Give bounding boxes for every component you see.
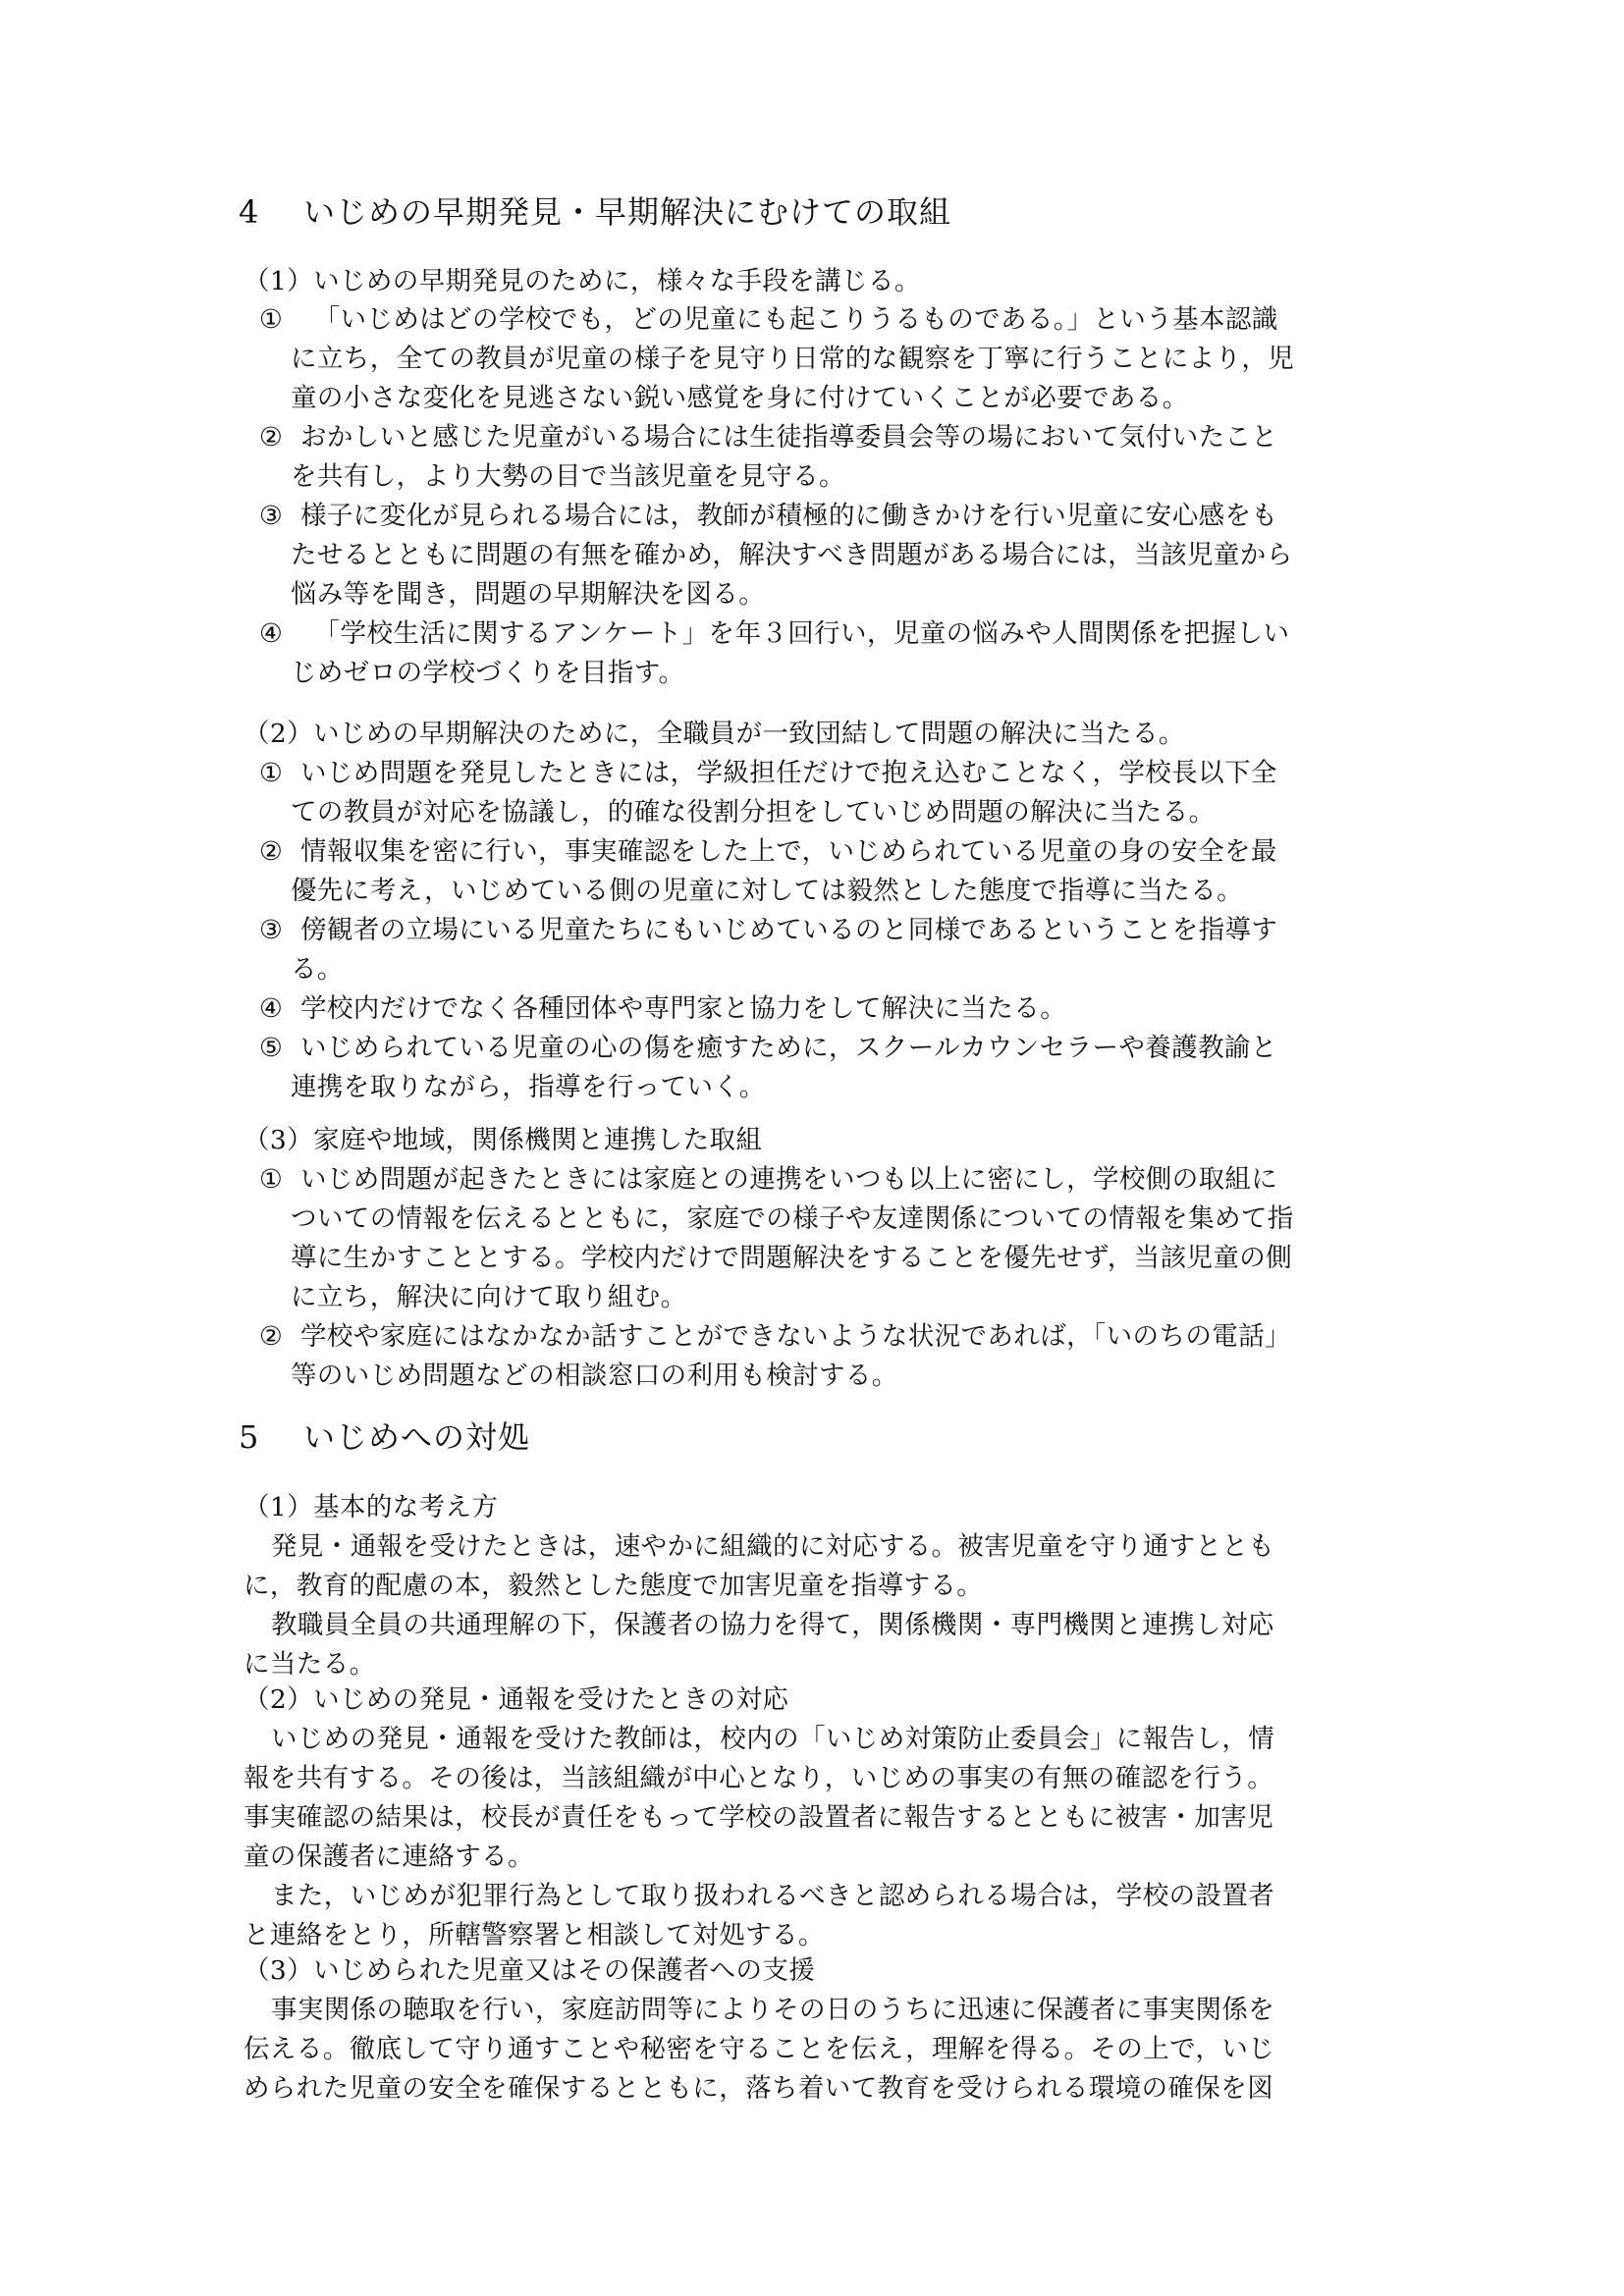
paragraph-line: 事実関係の聴取を行い，家庭訪問等によりその日のうちに迅速に保護者に事実関係を	[271, 1991, 1274, 2030]
list-item: ②学校や家庭にはなかなか話すことができないような状況であれば，「いのちの電話」	[259, 1317, 1291, 1357]
list-item: ③様子に変化が見られる場合には，教師が積極的に働きかけを行い児童に安心感をも	[259, 497, 1277, 536]
subsection-title: 家庭や地域，関係機関と連携した取組	[313, 1125, 762, 1155]
subsection-label: （1）	[244, 266, 313, 296]
item-continuation: 導に生かすこととする。学校内だけで問題解決をすることを優先せず，当該児童の側	[291, 1239, 1292, 1278]
paragraph-line: に当たる。	[244, 1645, 376, 1684]
item-text: 情報収集を密に行い，事実確認をした上で，いじめられている児童の身の安全を最	[300, 836, 1277, 867]
subsection-label: （2）	[244, 1684, 313, 1715]
paragraph-line: と連絡をとり，所轄警察署と相談して対処する。	[244, 1916, 825, 1955]
item-continuation: 悩み等を聞き，問題の早期解決を図る。	[291, 575, 765, 614]
subsection-label: （3）	[244, 1125, 313, 1155]
section-5-heading: 5いじめへの対処	[239, 1417, 530, 1457]
item-continuation: 童の小さな変化を見逃さない鋭い感覚を身に付けていくことが必要である。	[291, 379, 1189, 418]
item-text: いじめ問題が起きたときには家庭との連携をいつも以上に密にし，学校側の取組に	[300, 1164, 1277, 1195]
list-item: ③傍観者の立場にいる児童たちにもいじめているのと同様であるということを指導す	[259, 911, 1277, 950]
paragraph-line: に，教育的配慮の本，毅然とした態度で加害児童を指導する。	[244, 1567, 983, 1606]
item-continuation: る。	[291, 950, 344, 989]
item-marker: ⑤	[259, 1029, 300, 1068]
subsection-heading: （2）いじめの発見・通報を受けたときの対応	[244, 1681, 788, 1720]
section-4-heading: 4いじめの早期発見・早期解決にむけての取組	[239, 192, 951, 232]
item-marker: ③	[259, 911, 300, 950]
paragraph-line: められた児童の安全を確保するとともに，落ち着いて教育を受けられる環境の確保を図	[244, 2069, 1273, 2109]
document-page: 4いじめの早期発見・早期解決にむけての取組 （1）いじめの早期発見のために，様々…	[0, 0, 1624, 2296]
list-item: ⑤いじめられている児童の心の傷を癒すために，スクールカウンセラーや養護教諭と	[259, 1029, 1277, 1068]
subsection-label: （1）	[244, 1492, 313, 1522]
paragraph-line: 事実確認の結果は，校長が責任をもって学校の設置者に報告するとともに被害・加害児	[244, 1798, 1273, 1838]
item-text: 様子に変化が見られる場合には，教師が積極的に働きかけを行い児童に安心感をも	[300, 501, 1277, 531]
section-number: 4	[239, 192, 303, 232]
subsection-title: いじめられた児童又はその保護者への支援	[313, 1955, 815, 1986]
subsection-title: いじめの早期解決のために，全職員が一致団結して問題の解決に当たる。	[313, 719, 1185, 749]
paragraph-line: 教職員全員の共通理解の下，保護者の協力を得て，関係機関・専門機関と連携し対応	[271, 1606, 1274, 1645]
section-title: いじめの早期発見・早期解決にむけての取組	[303, 193, 951, 231]
item-continuation: ての教員が対応を協議し，的確な役割分担をしていじめ問題の解決に当たる。	[291, 793, 1216, 832]
item-marker: ③	[259, 497, 300, 536]
item-marker: ④	[259, 989, 300, 1029]
list-item: ②おかしいと感じた児童がいる場合には生徒指導委員会等の場において気付いたこと	[259, 418, 1277, 457]
section-number: 5	[239, 1417, 303, 1457]
subsection-heading: （2）いじめの早期解決のために，全職員が一致団結して問題の解決に当たる。	[244, 715, 1185, 754]
item-text: いじめ問題を発見したときには，学級担任だけで抱え込むことなく，学校長以下全	[300, 758, 1277, 788]
item-marker: ④	[259, 614, 300, 654]
item-text: 学校内だけでなく各種団体や専門家と協力をして解決に当たる。	[300, 993, 1066, 1024]
item-marker: ①	[259, 300, 300, 340]
item-text: 「いじめはどの学校でも，どの児童にも起こりうるものである。」という基本認識	[300, 304, 1278, 335]
paragraph-line: 伝える。徹底して守り通すことや秘密を守ることを伝え，理解を得る。その上で，いじ	[244, 2030, 1274, 2069]
paragraph-line: また，いじめが犯罪行為として取り扱われるべきと認められる場合は，学校の設置者	[271, 1877, 1274, 1916]
item-continuation: に立ち，全ての教員が児童の様子を見守り日常的な観察を丁寧に行うことにより，児	[291, 340, 1294, 379]
section-title: いじめへの対処	[303, 1418, 530, 1456]
list-item: ①いじめ問題が起きたときには家庭との連携をいつも以上に密にし，学校側の取組に	[259, 1160, 1277, 1200]
subsection-heading: （3）家庭や地域，関係機関と連携した取組	[244, 1121, 762, 1160]
paragraph-line: 報を共有する。その後は，当該組織が中心となり，いじめの事実の有無の確認を行う。	[244, 1759, 1273, 1798]
subsection-label: （3）	[244, 1955, 313, 1986]
item-continuation: 連携を取りながら，指導を行っていく。	[291, 1068, 766, 1107]
item-continuation: ついての情報を伝えるとともに，家庭での様子や友達関係についての情報を集めて指	[291, 1200, 1294, 1239]
item-marker: ①	[259, 1160, 300, 1200]
item-continuation: たせるとともに問題の有無を確かめ，解決すべき問題がある場合には，当該児童から	[291, 536, 1293, 575]
item-marker: ①	[259, 754, 300, 793]
item-text: 「学校生活に関するアンケート」を年３回行い，児童の悩みや人間関係を把握しい	[300, 618, 1289, 649]
item-text: おかしいと感じた児童がいる場合には生徒指導委員会等の場において気付いたこと	[300, 422, 1277, 453]
subsection-title: いじめの早期発見のために，様々な手段を講じる。	[313, 266, 921, 296]
item-text: いじめられている児童の心の傷を癒すために，スクールカウンセラーや養護教諭と	[300, 1033, 1277, 1063]
subsection-title: 基本的な考え方	[313, 1492, 498, 1522]
subsection-label: （2）	[244, 719, 313, 749]
list-item: ④学校内だけでなく各種団体や専門家と協力をして解決に当たる。	[259, 989, 1066, 1029]
subsection-heading: （1）いじめの早期発見のために，様々な手段を講じる。	[244, 262, 921, 301]
list-item: ① 「いじめはどの学校でも，どの児童にも起こりうるものである。」という基本認識	[259, 300, 1278, 340]
item-marker: ②	[259, 1317, 300, 1357]
paragraph-line: いじめの発見・通報を受けた教師は，校内の「いじめ対策防止委員会」に報告し，情	[271, 1720, 1274, 1759]
item-continuation: じめゼロの学校づくりを目指す。	[291, 654, 684, 693]
subsection-heading: （3）いじめられた児童又はその保護者への支援	[244, 1951, 815, 1991]
subsection-title: いじめの発見・通報を受けたときの対応	[313, 1684, 788, 1715]
item-continuation: 優先に考え，いじめている側の児童に対しては毅然とした態度で指導に当たる。	[291, 872, 1243, 911]
item-continuation: 等のいじめ問題などの相談窓口の利用も検討する。	[291, 1357, 898, 1396]
paragraph-line: 童の保護者に連絡する。	[244, 1838, 534, 1877]
list-item: ①いじめ問題を発見したときには，学級担任だけで抱え込むことなく，学校長以下全	[259, 754, 1277, 793]
item-marker: ②	[259, 418, 300, 457]
item-text: 学校や家庭にはなかなか話すことができないような状況であれば，「いのちの電話」	[300, 1321, 1291, 1352]
list-item: ④ 「学校生活に関するアンケート」を年３回行い，児童の悩みや人間関係を把握しい	[259, 614, 1289, 654]
subsection-heading: （1）基本的な考え方	[244, 1488, 498, 1527]
item-continuation: を共有し，より大勢の目で当該児童を見守る。	[291, 457, 845, 497]
item-text: 傍観者の立場にいる児童たちにもいじめているのと同様であるということを指導す	[300, 915, 1277, 945]
item-continuation: に立ち，解決に向けて取り組む。	[291, 1278, 687, 1317]
item-marker: ②	[259, 832, 300, 872]
paragraph-line: 発見・通報を受けたときは，速やかに組織的に対応する。被害児童を守り通すととも	[271, 1527, 1274, 1567]
list-item: ②情報収集を密に行い，事実確認をした上で，いじめられている児童の身の安全を最	[259, 832, 1277, 872]
